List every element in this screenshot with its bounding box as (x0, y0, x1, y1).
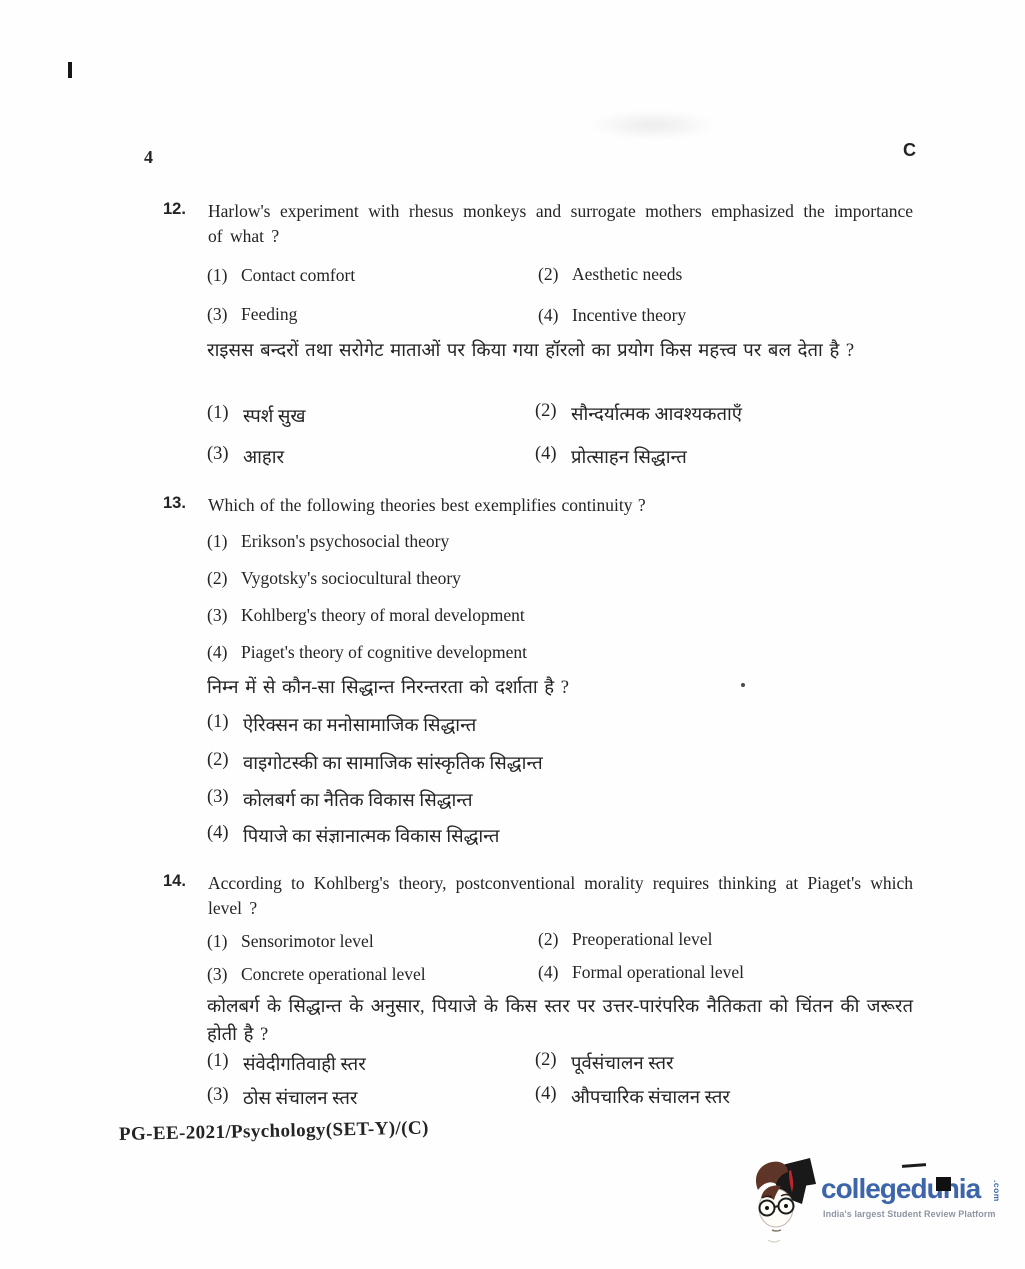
option-en: (1) Contact comfort (207, 265, 355, 286)
option-text: Contact comfort (241, 265, 355, 286)
option-text: पूर्वसंचालन स्तर (571, 1050, 674, 1075)
question-13: 13. Which of the following theories best… (163, 493, 913, 518)
brand-text: collegedunia (821, 1173, 980, 1205)
chin-icon (768, 1240, 780, 1242)
option-label: (1) (207, 712, 243, 737)
option-text: प्रोत्साहन सिद्धान्त (571, 444, 687, 469)
option-label: (4) (538, 962, 572, 983)
option-label: (2) (538, 264, 572, 285)
option-label: (3) (207, 304, 241, 325)
option-text: कोलबर्ग का नैतिक विकास सिद्धान्त (243, 787, 473, 812)
question-number: 14. (163, 871, 208, 921)
option-en: (4) Piaget's theory of cognitive develop… (207, 642, 527, 663)
question-14: 14. According to Kohlberg's theory, post… (163, 871, 913, 921)
option-text: Concrete operational level (241, 964, 426, 985)
option-text: Vygotsky's sociocultural theory (241, 568, 461, 589)
question-number: 13. (163, 493, 208, 518)
page-number: 4 (144, 147, 153, 168)
option-text: Kohlberg's theory of moral development (241, 605, 525, 626)
option-label: (4) (207, 642, 241, 663)
option-label: (2) (535, 401, 571, 426)
option-hi: (2) वाइगोटस्की का सामाजिक सांस्कृतिक सिद… (207, 750, 543, 775)
option-label: (1) (207, 265, 241, 286)
option-text: स्पर्श सुख (243, 403, 306, 428)
option-en: (1) Sensorimotor level (207, 931, 374, 952)
mouth-icon (772, 1230, 781, 1231)
option-text: Preoperational level (572, 929, 712, 950)
question-number: 12. (163, 199, 208, 249)
option-hi: (4) औपचारिक संचालन स्तर (535, 1084, 730, 1109)
option-en: (2) Vygotsky's sociocultural theory (207, 568, 461, 589)
option-en: (3) Kohlberg's theory of moral developme… (207, 605, 525, 626)
option-text: Piaget's theory of cognitive development (241, 642, 527, 663)
option-label: (4) (535, 1084, 571, 1109)
question-text-en: Harlow's experiment with rhesus monkeys … (208, 199, 913, 249)
option-text: पियाजे का संज्ञानात्मक विकास सिद्धान्त (243, 823, 499, 848)
option-text: Aesthetic needs (572, 264, 682, 285)
option-label: (3) (207, 605, 241, 626)
brand-tld: .com (992, 1180, 1002, 1202)
option-hi: (2) पूर्वसंचालन स्तर (535, 1050, 674, 1075)
option-label: (1) (207, 1051, 243, 1076)
option-label: (1) (207, 931, 241, 952)
collegedunia-logo: collegedunia .com India's largest Studen… (750, 1150, 1025, 1258)
question-text-hi: निम्न में से कौन-सा सिद्धान्त निरन्तरता … (207, 674, 913, 702)
scan-speck (741, 683, 745, 687)
option-text: वाइगोटस्की का सामाजिक सांस्कृतिक सिद्धान… (243, 750, 543, 775)
option-hi: (4) प्रोत्साहन सिद्धान्त (535, 444, 687, 469)
option-label: (1) (207, 531, 241, 552)
option-label: (4) (535, 444, 571, 469)
option-en: (3) Feeding (207, 304, 297, 325)
option-text: Formal operational level (572, 962, 744, 983)
option-hi: (1) ऐरिक्सन का मनोसामाजिक सिद्धान्त (207, 712, 476, 737)
option-label: (2) (207, 568, 241, 589)
option-hi: (1) संवेदीगतिवाही स्तर (207, 1051, 366, 1076)
option-label: (3) (207, 444, 243, 469)
option-text: Sensorimotor level (241, 931, 374, 952)
option-text: सौन्दर्यात्मक आवश्यकताएँ (571, 401, 742, 426)
set-code: C (903, 140, 916, 161)
scan-mark (68, 62, 72, 78)
option-en: (2) Aesthetic needs (538, 264, 682, 285)
option-hi: (2) सौन्दर्यात्मक आवश्यकताएँ (535, 401, 742, 426)
option-text: ठोस संचालन स्तर (243, 1085, 357, 1110)
option-label: (2) (207, 750, 243, 775)
question-text-hi: कोलबर्ग के सिद्धान्त के अनुसार, पियाजे क… (207, 993, 913, 1049)
question-text-en: Which of the following theories best exe… (208, 493, 913, 518)
option-label: (2) (535, 1050, 571, 1075)
exam-paper-page: 4 C 12. Harlow's experiment with rhesus … (0, 0, 1025, 1269)
paper-code: PG-EE-2021/Psychology(SET-Y)/(C) (119, 1118, 429, 1146)
option-label: (2) (538, 929, 572, 950)
option-hi: (3) आहार (207, 444, 284, 469)
option-label: (3) (207, 787, 243, 812)
option-label: (4) (207, 823, 243, 848)
option-en: (4) Incentive theory (538, 305, 686, 326)
option-text: ऐरिक्सन का मनोसामाजिक सिद्धान्त (243, 712, 476, 737)
option-en: (3) Concrete operational level (207, 964, 426, 985)
brand-tagline: India's largest Student Review Platform (823, 1209, 996, 1219)
student-mascot-icon (752, 1152, 818, 1248)
option-text: आहार (243, 444, 284, 469)
option-label: (3) (207, 964, 241, 985)
question-12: 12. Harlow's experiment with rhesus monk… (163, 199, 913, 249)
option-text: Feeding (241, 304, 297, 325)
option-hi: (3) कोलबर्ग का नैतिक विकास सिद्धान्त (207, 787, 473, 812)
option-hi: (4) पियाजे का संज्ञानात्मक विकास सिद्धान… (207, 823, 499, 848)
option-en: (4) Formal operational level (538, 962, 744, 983)
option-hi: (1) स्पर्श सुख (207, 403, 306, 428)
option-label: (1) (207, 403, 243, 428)
scan-artifact-dash (902, 1163, 926, 1168)
option-label: (4) (538, 305, 572, 326)
option-hi: (3) ठोस संचालन स्तर (207, 1085, 357, 1110)
option-text: Erikson's psychosocial theory (241, 531, 449, 552)
question-text-hi: राइसस बन्दरों तथा सरोगेट माताओं पर किया … (207, 337, 913, 365)
scan-artifact-square (936, 1177, 951, 1191)
scan-smudge (588, 110, 718, 140)
option-label: (3) (207, 1085, 243, 1110)
option-text: संवेदीगतिवाही स्तर (243, 1051, 366, 1076)
question-text-en: According to Kohlberg's theory, postconv… (208, 871, 913, 921)
option-text: औपचारिक संचालन स्तर (571, 1084, 730, 1109)
option-text: Incentive theory (572, 305, 686, 326)
option-en: (1) Erikson's psychosocial theory (207, 531, 449, 552)
option-en: (2) Preoperational level (538, 929, 712, 950)
